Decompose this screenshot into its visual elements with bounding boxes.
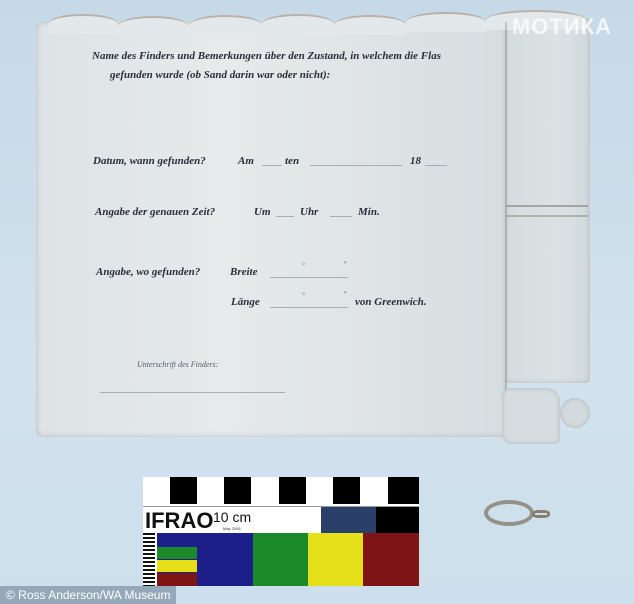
time-minute-line [330, 216, 352, 217]
scale-length-label: 10 cm [213, 509, 251, 525]
time-um: Um [254, 206, 271, 218]
greenwich-label: von Greenwich. [355, 296, 427, 308]
latitude-label: Breite [230, 266, 258, 278]
scale-mini-red [157, 573, 197, 586]
scale-mini-green [157, 547, 197, 559]
paper-scallop [334, 15, 406, 35]
form-heading-line2: gefunden wurde (ob Sand darin war oder n… [110, 69, 330, 81]
paper-scallop [190, 15, 262, 35]
scale-mini-yellow [157, 560, 197, 572]
time-uhr: Uhr [300, 206, 318, 218]
form-heading-line1: Name des Finders und Bemerkungen über de… [92, 50, 441, 62]
date-month-line [310, 165, 402, 166]
signature-line [100, 392, 285, 393]
latitude-degree: ° [302, 261, 305, 270]
ifrao-label: IFRAO [145, 508, 213, 534]
time-min: Min. [358, 206, 380, 218]
longitude-degree: ° [302, 291, 305, 300]
longitude-label: Länge [231, 296, 260, 308]
message-paper [36, 22, 506, 437]
scale-black-patch [376, 507, 419, 533]
string-mark [506, 205, 588, 217]
paper-scallop [48, 14, 118, 34]
time-hour-line [276, 216, 294, 217]
latitude-minute: ' [344, 260, 346, 269]
signature-label: Unterschrift des Finders: [137, 360, 218, 369]
latitude-line [270, 277, 348, 278]
paper-fragment [502, 388, 560, 444]
place-label: Angabe, wo gefunden? [96, 266, 200, 278]
ifrao-scale-card: IFRAO 10 cm May 2006 [143, 477, 419, 586]
date-ten: ten [285, 155, 299, 167]
scale-green-patch [253, 533, 308, 586]
scale-black-square [333, 477, 360, 504]
watermark: МОТИКА [512, 14, 612, 40]
scale-black-square [279, 477, 306, 504]
date-year-line [425, 165, 447, 166]
scale-tick-marks [143, 533, 155, 586]
paper-scallop [118, 16, 188, 36]
string-knot [484, 500, 534, 526]
date-label: Datum, wann gefunden? [93, 155, 206, 167]
scale-red-patch [363, 533, 419, 586]
paper-fold [505, 22, 507, 432]
string-knot-end [532, 510, 550, 518]
scale-date-label: May 2006 [223, 526, 241, 531]
paper-fragment-small [560, 398, 590, 428]
scale-black-square [170, 477, 197, 504]
scale-navy-patch [321, 507, 376, 533]
scale-black-square [224, 477, 251, 504]
date-year: 18 [410, 155, 421, 167]
paper-scallop [262, 14, 334, 34]
scale-black-square [388, 477, 419, 504]
time-label: Angabe der genauen Zeit? [95, 206, 215, 218]
scale-yellow-patch [308, 533, 363, 586]
longitude-line [270, 307, 348, 308]
paper-right-panel [505, 18, 590, 383]
photo-credit: © Ross Anderson/WA Museum [0, 586, 176, 604]
date-day-line [262, 165, 282, 166]
date-am: Am [238, 155, 254, 167]
longitude-minute: ' [344, 290, 346, 299]
paper-scallop [406, 12, 486, 32]
